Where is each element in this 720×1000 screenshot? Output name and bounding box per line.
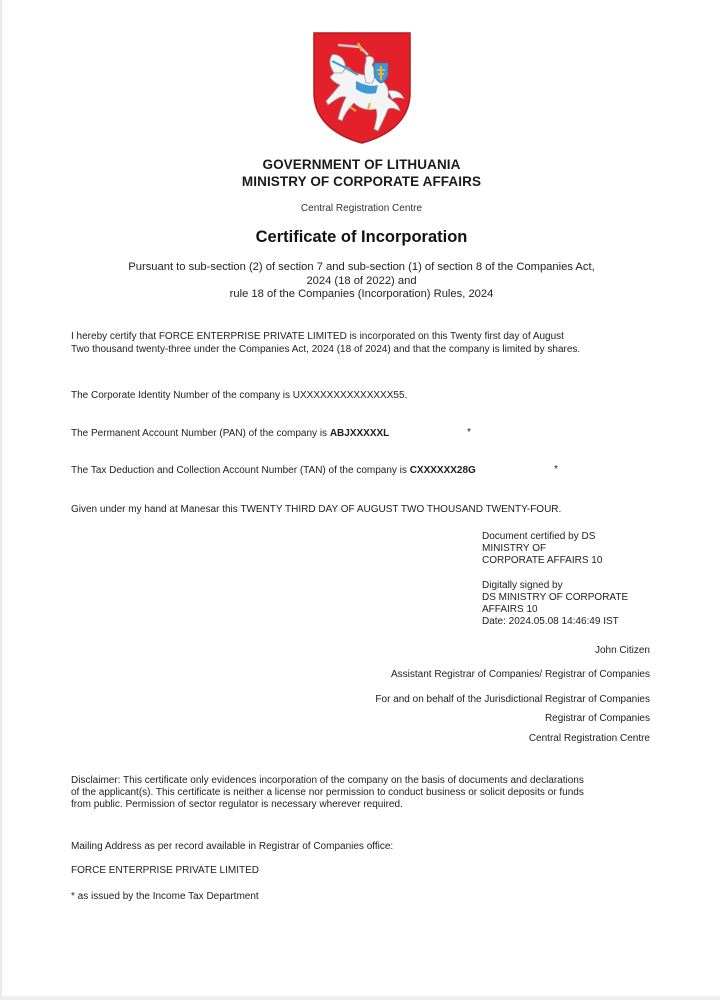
signature-line: DS MINISTRY OF CORPORATE <box>482 592 628 604</box>
pursuant-line: rule 18 of the Companies (Incorporation)… <box>2 288 720 302</box>
signature-line: AFFAIRS 10 <box>482 604 628 616</box>
disclaimer-line: Disclaimer: This certificate only eviden… <box>71 775 651 787</box>
registrar-office: Registrar of Companies <box>545 713 650 724</box>
pursuant-line: 2024 (18 of 2022) and <box>2 275 720 289</box>
ministry-name: MINISTRY OF CORPORATE AFFAIRS <box>2 173 720 190</box>
registration-centre-subheading: Central Registration Centre <box>2 203 720 214</box>
signatory-name: John Citizen <box>595 645 650 656</box>
on-behalf-statement: For and on behalf of the Jurisdictional … <box>375 694 650 705</box>
certified-by-block: Document certified by DS MINISTRY OF COR… <box>482 531 602 567</box>
tan-footnote-marker: * <box>554 464 558 475</box>
given-under-hand-statement: Given under my hand at Manesar this TWEN… <box>71 504 561 517</box>
tax-footnote: * as issued by the Income Tax Department <box>71 891 259 904</box>
cin-value: UXXXXXXXXXXXXXX55. <box>293 390 408 401</box>
pan-label: The Permanent Account Number (PAN) of th… <box>71 428 330 439</box>
mailing-address-label: Mailing Address as per record available … <box>71 841 393 854</box>
certified-line: CORPORATE AFFAIRS 10 <box>482 555 602 567</box>
certification-line: I hereby certify that FORCE ENTERPRISE P… <box>71 331 651 344</box>
pan-value: ABJXXXXXL <box>330 428 389 439</box>
certificate-page: GOVERNMENT OF LITHUANIA MINISTRY OF CORP… <box>1 0 720 996</box>
government-name: GOVERNMENT OF LITHUANIA <box>2 156 720 173</box>
cin-statement: The Corporate Identity Number of the com… <box>71 390 407 403</box>
certification-line: Two thousand twenty-three under the Comp… <box>71 344 651 357</box>
pan-statement: The Permanent Account Number (PAN) of th… <box>71 428 389 441</box>
pan-footnote-marker: * <box>467 427 471 438</box>
cin-label: The Corporate Identity Number of the com… <box>71 390 293 401</box>
certificate-title: Certificate of Incorporation <box>2 228 720 247</box>
tan-label: The Tax Deduction and Collection Account… <box>71 465 410 476</box>
pursuant-line: Pursuant to sub-section (2) of section 7… <box>2 261 720 275</box>
tan-value: CXXXXXX28G <box>410 465 476 476</box>
mailing-company-name: FORCE ENTERPRISE PRIVATE LIMITED <box>71 865 259 878</box>
disclaimer: Disclaimer: This certificate only eviden… <box>71 775 651 811</box>
certified-line: Document certified by DS <box>482 531 602 543</box>
lithuania-coat-of-arms-icon <box>312 31 412 145</box>
certified-line: MINISTRY OF <box>482 543 602 555</box>
signature-line: Digitally signed by <box>482 580 628 592</box>
certification-statement: I hereby certify that FORCE ENTERPRISE P… <box>71 331 651 356</box>
signatory-designation: Assistant Registrar of Companies/ Regist… <box>391 669 650 680</box>
pursuant-clause: Pursuant to sub-section (2) of section 7… <box>2 261 720 302</box>
tan-statement: The Tax Deduction and Collection Account… <box>71 465 476 478</box>
government-heading: GOVERNMENT OF LITHUANIA MINISTRY OF CORP… <box>2 156 720 190</box>
disclaimer-line: of the applicant(s). This certificate is… <box>71 787 651 799</box>
registration-centre: Central Registration Centre <box>529 733 650 744</box>
disclaimer-line: from public. Permission of sector regula… <box>71 799 651 811</box>
signature-date: Date: 2024.05.08 14:46:49 IST <box>482 616 628 628</box>
digital-signature-block: Digitally signed by DS MINISTRY OF CORPO… <box>482 580 628 628</box>
